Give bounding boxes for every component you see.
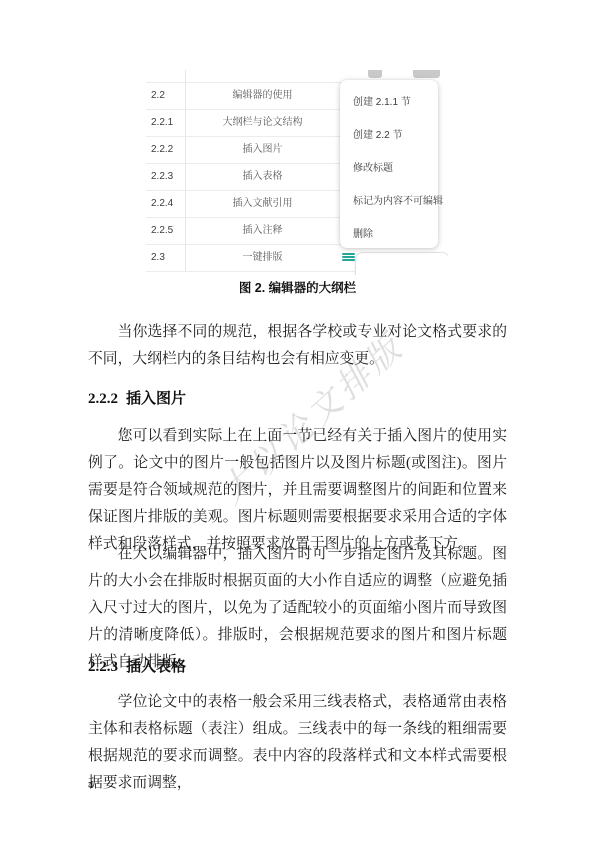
menu-item-create-section: 创建 2.2 节 xyxy=(353,129,402,143)
outline-row-number: 2.2.2 xyxy=(151,136,173,163)
section-number: 2.2.3 xyxy=(88,659,118,675)
menu-item-edit-title: 修改标题 xyxy=(353,162,393,176)
outline-row-number: 2.3 xyxy=(151,244,165,271)
outline-row-number: 2.2.3 xyxy=(151,163,173,190)
document-page: 2.2 编辑器的使用 2.2.1 大纲栏与论文结构 2.2.2 插入图片 2.2… xyxy=(0,0,595,842)
outline-row-number: 2.2 xyxy=(151,82,165,109)
outline-row-title: 插入表格 xyxy=(185,163,340,190)
section-heading-222: 2.2.2插入图片 xyxy=(88,387,507,408)
figure-image-outline-panel: 2.2 编辑器的使用 2.2.1 大纲栏与论文结构 2.2.2 插入图片 2.2… xyxy=(146,70,448,275)
outline-row-number: 2.2.5 xyxy=(151,217,173,244)
outline-row-number: 2.2.4 xyxy=(151,190,173,217)
background-card xyxy=(355,252,448,275)
outline-row-title: 插入注释 xyxy=(185,217,340,244)
outline-row: 2.2.3 插入表格 xyxy=(146,163,368,190)
figure-caption: 图 2. 编辑器的大纲栏 xyxy=(0,278,595,296)
section-number: 2.2.2 xyxy=(88,391,118,407)
list-icon xyxy=(342,253,355,263)
outline-row-title: 插入文献引用 xyxy=(185,190,340,217)
row-divider xyxy=(146,271,368,272)
section-heading-223: 2.2.3插入表格 xyxy=(88,655,507,676)
outline-row: 2.2.1 大纲栏与论文结构 xyxy=(146,109,368,136)
outline-row-title: 插入图片 xyxy=(185,136,340,163)
outline-row: 2.2.5 插入注释 xyxy=(146,217,368,244)
outline-row-title: 一键排版 xyxy=(185,244,340,271)
paragraph-insert-table: 学位论文中的表格一般会采用三线表格式，表格通常由表格主体和表格标题（表注）组成。… xyxy=(88,689,507,797)
outline-row: 2.2 编辑器的使用 xyxy=(146,82,368,109)
outline-row: 2.2.4 插入文献引用 xyxy=(146,190,368,217)
outline-row-title: 编辑器的使用 xyxy=(185,82,340,109)
truncated-widget xyxy=(413,70,440,78)
outline-row: 2.3 一键排版 xyxy=(146,244,368,271)
section-title: 插入表格 xyxy=(126,658,186,675)
outline-row: 2.2.2 插入图片 xyxy=(146,136,368,163)
menu-item-create-section: 创建 2.1.1 节 xyxy=(353,96,411,110)
paragraph-intro: 当你选择不同的规范，根据各学校或专业对论文格式要求的不同，大纲栏内的条目结构也会… xyxy=(88,319,507,373)
context-menu: 创建 2.1.1 节 创建 2.2 节 修改标题 标记为内容不可编辑 删除 xyxy=(340,80,438,248)
outline-row-title: 大纲栏与论文结构 xyxy=(185,109,340,136)
outline-row-number: 2.2.1 xyxy=(151,109,173,136)
section-title: 插入图片 xyxy=(126,390,186,407)
page-number: 4 xyxy=(88,779,94,791)
menu-item-mark-readonly: 标记为内容不可编辑 xyxy=(353,195,443,209)
paragraph-insert-image-1: 您可以看到实际上在上面一节已经有关于插入图片的使用实例了。论文中的图片一般包括图… xyxy=(88,423,507,558)
truncated-widget xyxy=(368,70,382,78)
menu-item-delete: 删除 xyxy=(353,228,373,242)
